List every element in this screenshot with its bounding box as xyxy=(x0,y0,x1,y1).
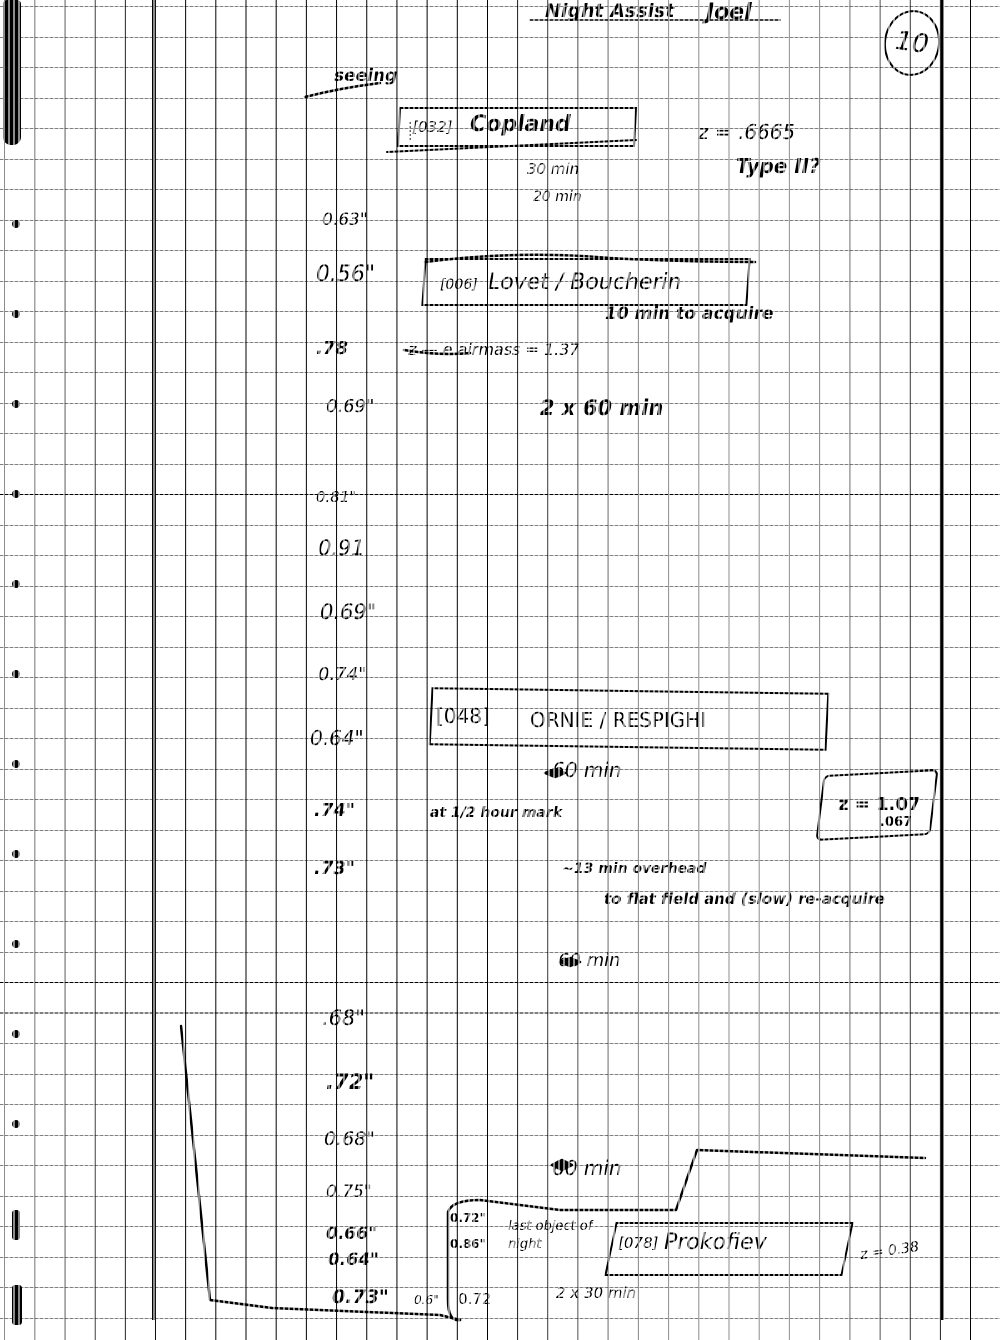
grid-paper-page: Night Assist Joel 10 seeing 0.63" 0.56" … xyxy=(0,0,1000,1340)
ink-strokes xyxy=(0,0,1000,1340)
